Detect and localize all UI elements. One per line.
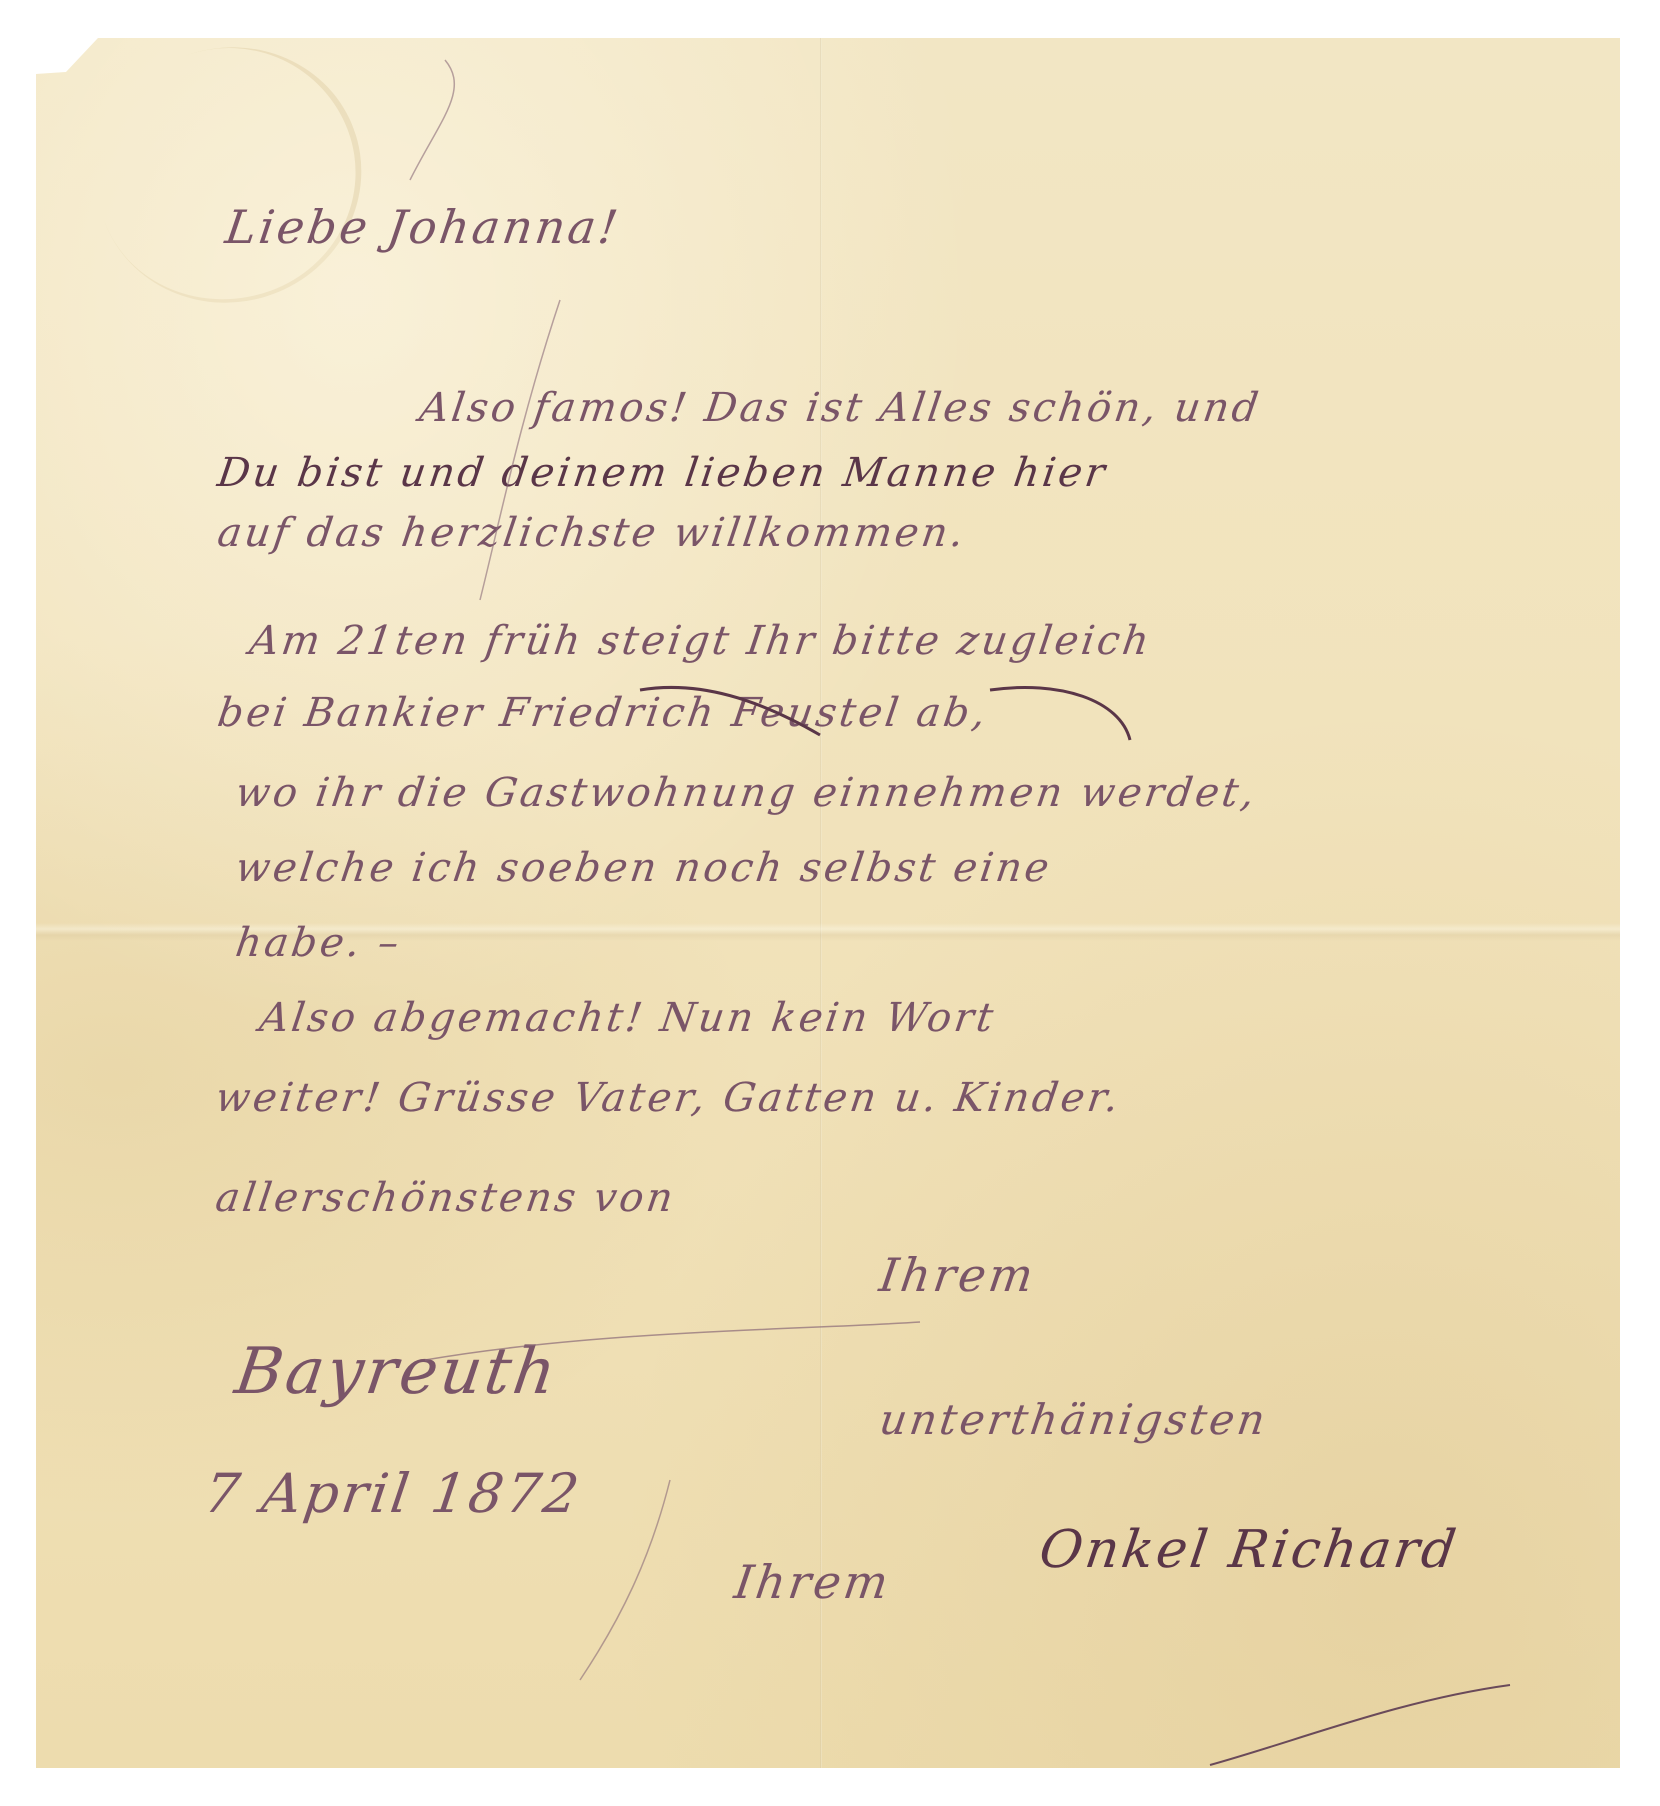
vertical-fold-crease (820, 38, 822, 1768)
salutation: Liebe Johanna! (222, 200, 624, 254)
place-name: Bayreuth (231, 1335, 563, 1409)
letter-date: 7 April 1872 (201, 1462, 586, 1525)
body-line: Also abgemacht! Nun kein Wort (257, 995, 999, 1041)
closing-prefix: Ihrem (731, 1555, 894, 1609)
body-line: auf das herzlichste willkommen. (215, 510, 970, 556)
body-line: Also famos! Das ist Alles schön, und (417, 385, 1264, 431)
body-line: Du bist und deinem lieben Manne hier (215, 450, 1111, 496)
body-line: wo ihr die Gastwohnung einnehmen werdet, (233, 770, 1260, 816)
body-line: allerschönstens von (213, 1175, 679, 1221)
body-line: bei Bankier Friedrich Feustel ab, (215, 690, 991, 736)
closing-ihrem: Ihrem (876, 1248, 1039, 1302)
signature: Onkel Richard (1036, 1520, 1463, 1580)
water-stain (61, 10, 398, 340)
closing-unterthaenigsten: unterthänigsten (877, 1395, 1271, 1444)
body-line: habe. – (233, 920, 405, 966)
body-line: Am 21ten früh steigt Ihr bitte zugleich (247, 618, 1155, 664)
body-line: welche ich soeben noch selbst eine (233, 845, 1055, 891)
body-line: weiter! Grüsse Vater, Gatten u. Kinder. (213, 1075, 1125, 1121)
